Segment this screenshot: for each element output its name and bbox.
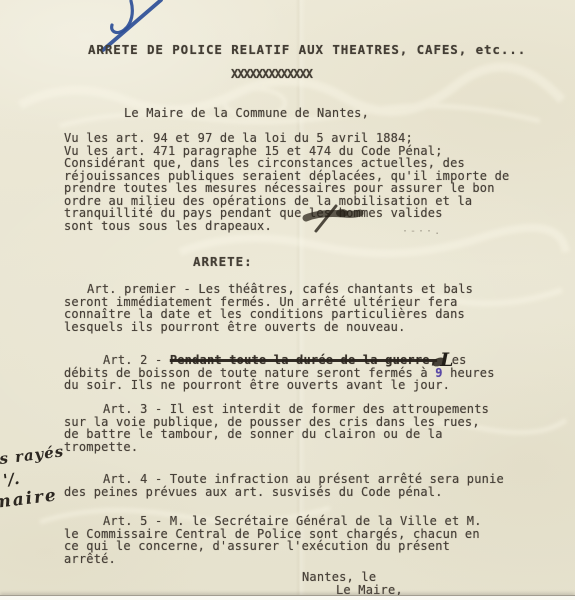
text-line: arrêté. (64, 553, 482, 566)
text-line: Considérant que, dans les circonstances … (64, 157, 509, 170)
salutation-line: Le Maire de la Commune de Nantes, (124, 107, 369, 120)
text-line: prendre toutes les mesures nécessaires p… (64, 182, 509, 195)
place-date-line: Nantes, le (302, 570, 376, 584)
text-line: de battre le tambour, de sonner du clair… (64, 428, 489, 441)
article-2-block: Art. 2 - Pendant toute la durée de la gu… (64, 352, 495, 392)
text-line: tranquillité du pays pendant que les hom… (64, 207, 509, 220)
text-line: des peines prévues aux art. susvisés du … (64, 486, 504, 499)
text-line: Vu les art. 94 et 97 de la loi du 5 avri… (64, 132, 509, 145)
preamble-block: Vu les art. 94 et 97 de la loi du 5 avri… (64, 132, 509, 232)
document-title: ARRETE DE POLICE RELATIF AUX THEATRES, C… (88, 42, 526, 57)
arrete-heading: ARRETE: (193, 254, 253, 269)
article-4-block: Art. 4 - Toute infraction au présent arr… (64, 473, 504, 498)
text-line: Art. 3 - Il est interdit de former des a… (64, 403, 489, 416)
text-line: Art. 2 - Pendant toute la durée de la gu… (64, 352, 495, 367)
text-line: du soir. Ils ne pourront être ouverts av… (64, 379, 495, 392)
text-line: Art. premier - Les théâtres, cafés chant… (64, 283, 473, 296)
article-5-block: Art. 5 - M. le Secrétaire Général de la … (64, 515, 482, 565)
text-line: lesquels ils pourront être ouverts de no… (64, 321, 473, 334)
text-fragment: heures (443, 366, 495, 380)
text-line: connaître la date et les conditions part… (64, 308, 473, 321)
article-1-block: Art. premier - Les théâtres, cafés chant… (64, 283, 473, 333)
text-line: ce qui le concerne, d'assurer l'exécutio… (64, 540, 482, 553)
text-line: trompette. (64, 441, 489, 454)
text-line: sont tous sous les drapeaux. (64, 220, 509, 233)
margin-handwriting: ts rayés '/. maire (0, 441, 77, 512)
title-underline-marks: XXXXXXXXXXXXX (231, 67, 312, 81)
ink-smudge (300, 202, 370, 234)
text-line: Art. 5 - M. le Secrétaire Général de la … (64, 515, 482, 528)
text-line: Art. 4 - Toute infraction au présent arr… (64, 473, 504, 486)
faint-dots: ·-··. (402, 226, 442, 237)
scanned-document-page: ARRETE DE POLICE RELATIF AUX THEATRES, C… (0, 0, 575, 600)
scan-edge (0, 595, 575, 600)
article-3-block: Art. 3 - Il est interdit de former des a… (64, 403, 489, 453)
